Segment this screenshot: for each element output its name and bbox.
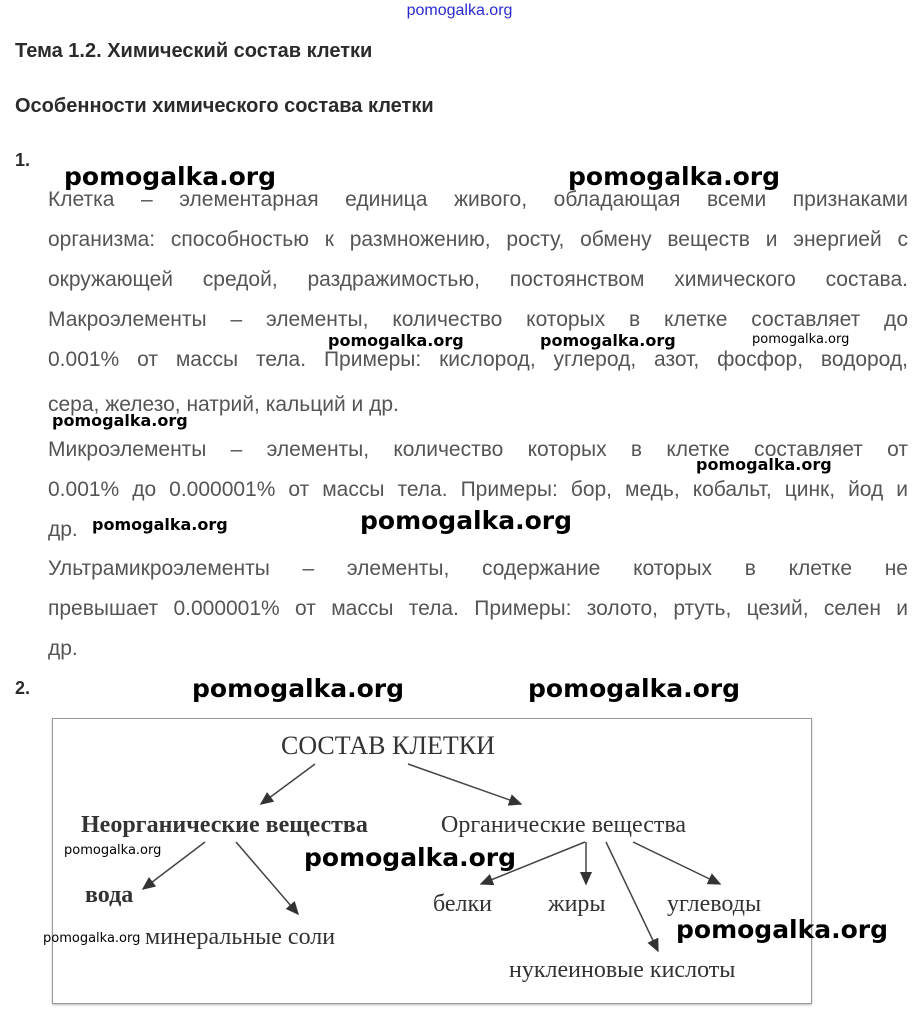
- watermark: pomogalka.org: [192, 674, 404, 703]
- watermark: pomogalka.org: [64, 843, 161, 858]
- watermark-top: pomogalka.org: [0, 2, 919, 20]
- watermark: pomogalka.org: [64, 162, 276, 191]
- watermark: pomogalka.org: [92, 515, 228, 534]
- watermark: pomogalka.org: [696, 455, 832, 474]
- watermark: pomogalka.org: [328, 331, 464, 350]
- watermark: pomogalka.org: [52, 411, 188, 430]
- item-number-2: 2.: [15, 678, 30, 699]
- watermark: pomogalka.org: [43, 931, 140, 946]
- diagram-proteins: белки: [433, 891, 492, 918]
- diagram-mineral-salts: минеральные соли: [145, 924, 335, 951]
- paragraph-cell-definition: Клетка – элементарная единица живого, об…: [48, 180, 908, 300]
- text-line: 0.001% до 0.000001% от массы тела. Приме…: [48, 470, 908, 510]
- text-line: Ультрамикроэлементы – элементы, содержан…: [48, 549, 908, 589]
- diagram-organic: Органические вещества: [441, 812, 686, 839]
- text-line: окружающей средой, раздражимостью, посто…: [48, 260, 908, 300]
- watermark: pomogalka.org: [540, 331, 676, 350]
- diagram-fats: жиры: [548, 891, 606, 918]
- diagram-water: вода: [85, 882, 133, 909]
- watermark: pomogalka.org: [752, 332, 849, 347]
- watermark: pomogalka.org: [568, 162, 780, 191]
- diagram-root: СОСТАВ КЛЕТКИ: [281, 731, 495, 761]
- paragraph-ultramicroelements: Ультрамикроэлементы – элементы, содержан…: [48, 549, 908, 669]
- page-title: Тема 1.2. Химический состав клетки: [15, 40, 372, 63]
- diagram-inorganic: Неорганические вещества: [81, 812, 368, 839]
- diagram-nucleic-acids: нуклеиновые кислоты: [509, 957, 735, 984]
- watermark: pomogalka.org: [360, 506, 572, 535]
- text-line: организма: способностью к размножению, р…: [48, 220, 908, 260]
- section-heading: Особенности химического состава клетки: [15, 95, 434, 118]
- watermark: pomogalka.org: [304, 843, 516, 872]
- watermark: pomogalka.org: [528, 674, 740, 703]
- item-number-1: 1.: [15, 150, 30, 171]
- watermark: pomogalka.org: [676, 915, 888, 944]
- text-line: превышает 0.000001% от массы тела. Приме…: [48, 589, 908, 629]
- text-line: др.: [48, 629, 908, 669]
- diagram-carbohydrates: углеводы: [667, 891, 761, 918]
